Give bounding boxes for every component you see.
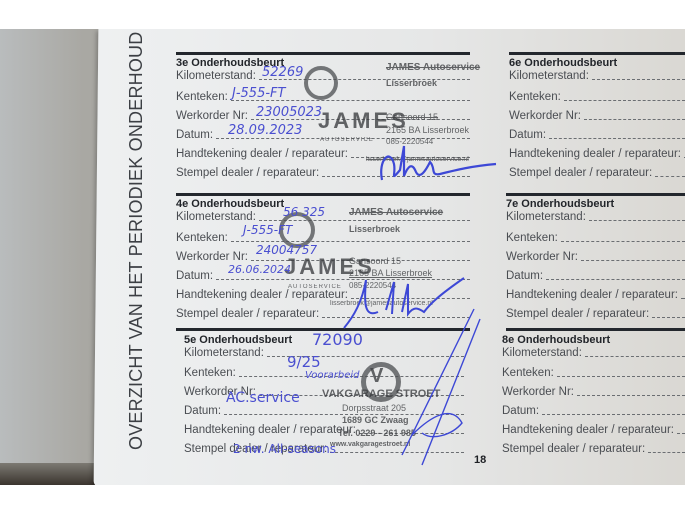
service-section-7: 7e Onderhoudsbeurt Kilometerstand: Kente… <box>506 193 685 333</box>
werkorder-field: Werkorder Nr: <box>506 248 685 267</box>
handwritten-note: 2 nw. All-seasons <box>233 442 336 456</box>
kilometerstand-field: Kilometerstand: <box>502 346 685 361</box>
handwritten-kilometerstand: 56 325 <box>283 205 325 219</box>
section-divider <box>506 193 685 196</box>
james-logo-stamp <box>304 66 338 100</box>
handwritten-werkorder: 23005023 <box>256 105 322 120</box>
section-divider <box>176 52 470 55</box>
handwritten-datum: AC.service <box>226 390 300 406</box>
handwritten-kilometerstand: 52269 <box>262 65 303 80</box>
datum-field: Datum: <box>509 126 685 145</box>
handwritten-werkorder: Voorarbeid <box>305 370 359 381</box>
stamp-city: Lisserbroek <box>386 78 437 88</box>
handwritten-kenteken: 9/25 <box>287 353 321 371</box>
handwritten-datum: 26.06.2024 <box>228 263 291 276</box>
service-section-6: 6e Onderhoudsbeurt Kilometerstand: Kente… <box>509 52 685 183</box>
handwritten-datum: 28.09.2023 <box>228 123 302 138</box>
handwritten-kenteken: J-555-FT <box>232 86 285 101</box>
side-title: OVERZICHT VAN HET PERIODIEK ONDERHOUD <box>126 32 147 450</box>
kenteken-field: Kenteken: <box>506 229 685 248</box>
page-number: 18 <box>474 454 486 466</box>
stamp-name: JAMES Autoservice <box>349 207 443 218</box>
datum-field: Datum: <box>506 267 685 286</box>
section-divider <box>509 52 685 55</box>
section-title: 6e Onderhoudsbeurt <box>509 57 685 69</box>
stamp-city: Lisserbroek <box>349 224 400 234</box>
stamp-address: Gansoord 15 <box>349 256 401 266</box>
section-divider <box>176 193 470 196</box>
handwritten-werkorder: 24004757 <box>256 243 317 257</box>
handwritten-kenteken: J-555-FT <box>243 223 292 237</box>
stamp-postcode: 2165 BA Lisserbroek <box>386 125 469 135</box>
werkorder-field: Werkorder Nr: <box>509 107 685 126</box>
handwritten-kilometerstand: 72090 <box>312 330 363 349</box>
kilometerstand-field: Kilometerstand: <box>506 210 685 225</box>
stempel-field: Stempel dealer / reparateur: <box>506 305 685 324</box>
handtekening-field: Handtekening dealer / reparateur: <box>509 145 685 164</box>
werkorder-field: Werkorder Nr: <box>502 383 685 402</box>
kenteken-field: Kenteken: <box>176 229 470 248</box>
stempel-field: Stempel dealer / reparateur: <box>509 164 685 183</box>
kenteken-field: Kenteken: <box>502 364 685 383</box>
stempel-field: Stempel dealer / reparateur: <box>502 440 685 459</box>
signature-5e <box>392 305 482 475</box>
kenteken-field: Kenteken: <box>509 88 685 107</box>
datum-field: Datum: <box>502 402 685 421</box>
stamp-logo-v: V <box>370 365 383 388</box>
stamp-name: JAMES Autoservice <box>386 62 480 73</box>
signature-3e <box>360 140 500 190</box>
section-title: 8e Onderhoudsbeurt <box>502 334 685 346</box>
section-divider <box>506 328 685 331</box>
stamp-address: Gansoord 15 <box>386 112 438 122</box>
kilometerstand-field: Kilometerstand: <box>509 69 685 84</box>
section-title: 7e Onderhoudsbeurt <box>506 198 685 210</box>
handtekening-field: Handtekening dealer / reparateur: <box>502 421 685 440</box>
handtekening-field: Handtekening dealer / reparateur: <box>506 286 685 305</box>
service-section-8: 8e Onderhoudsbeurt Kilometerstand: Kente… <box>502 334 685 459</box>
